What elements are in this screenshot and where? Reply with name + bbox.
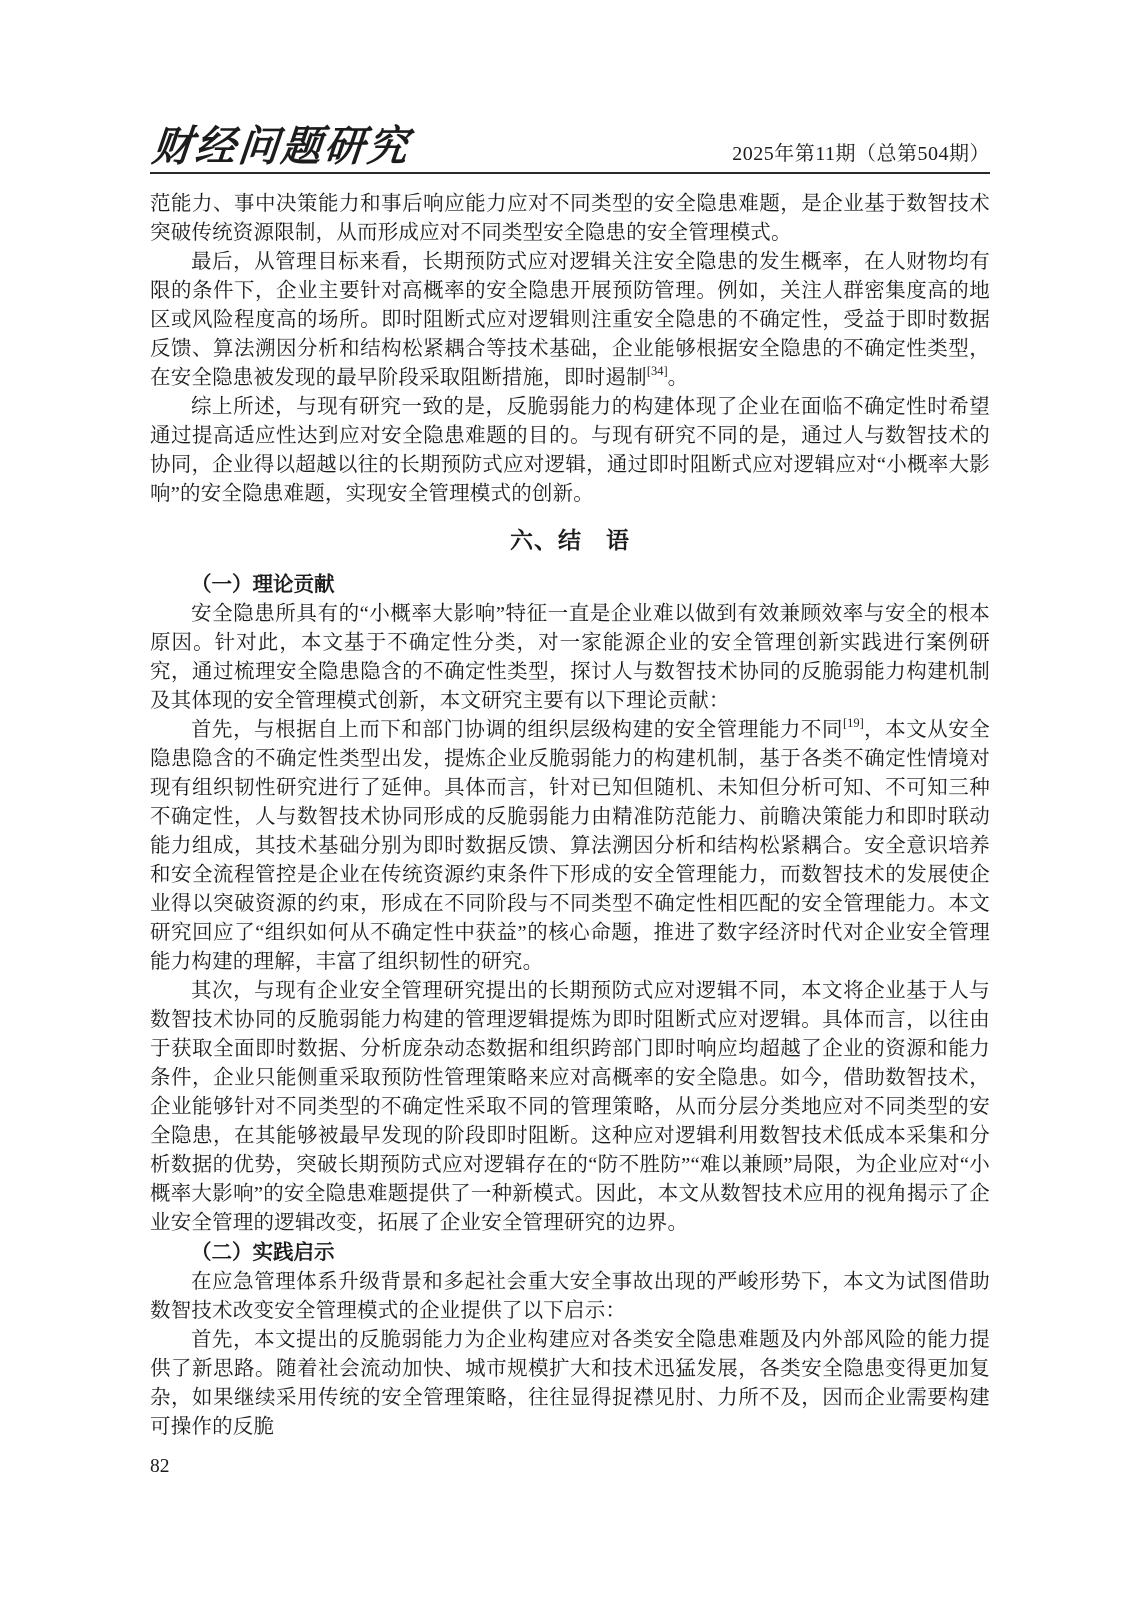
paragraph: 综上所述，与现有研究一致的是，反脆弱能力的构建体现了企业在面临不确定性时希望通过… [150,393,990,509]
section-heading-conclusion: 六、结 语 [150,526,990,555]
citation-ref-19: [19] [843,716,864,730]
article-body: 范能力、事中决策能力和事后响应能力应对不同类型的安全隐患难题，是企业基于数智技术… [150,190,990,1442]
page-number: 82 [150,1456,170,1477]
paragraph-text: ，本文从安全隐患隐含的不确定性类型出发，提炼企业反脆弱能力的构建机制，基于各类不… [150,719,990,973]
paragraph-continuation: 范能力、事中决策能力和事后响应能力应对不同类型的安全隐患难题，是企业基于数智技术… [150,190,990,248]
journal-page: 财经问题研究 2025年第11期（总第504期） 范能力、事中决策能力和事后响应… [0,0,1140,1600]
paragraph-text: 。 [668,367,689,389]
paragraph: 其次，与现有企业安全管理研究提出的长期预防式应对逻辑不同，本文将企业基于人与数智… [150,977,990,1238]
page-header: 财经问题研究 2025年第11期（总第504期） [150,118,990,170]
journal-logo: 财经问题研究 [150,126,413,170]
header-divider [150,172,990,174]
paragraph: 最后，从管理目标来看，长期预防式应对逻辑关注安全隐患的发生概率，在人财物均有限的… [150,248,990,393]
paragraph-text: 最后，从管理目标来看，长期预防式应对逻辑关注安全隐患的发生概率，在人财物均有限的… [150,251,990,389]
sub-heading-practical-implications: （二）实践启示 [150,1238,990,1268]
paragraph: 首先，与根据自上而下和部门协调的组织层级构建的安全管理能力不同[19]，本文从安… [150,716,990,977]
paragraph: 安全隐患所具有的“小概率大影响”特征一直是企业难以做到有效兼顾效率与安全的根本原… [150,600,990,716]
issue-info: 2025年第11期（总第504期） [732,144,990,170]
paragraph: 首先，本文提出的反脆弱能力为企业构建应对各类安全隐患难题及内外部风险的能力提供了… [150,1326,990,1442]
citation-ref-34: [34] [647,364,668,378]
paragraph: 在应急管理体系升级背景和多起社会重大安全事故出现的严峻形势下，本文为试图借助数智… [150,1268,990,1326]
page-footer: 82 [150,1456,990,1478]
paragraph-text: 首先，与根据自上而下和部门协调的组织层级构建的安全管理能力不同 [191,719,843,741]
sub-heading-theoretical-contribution: （一）理论贡献 [150,570,990,600]
